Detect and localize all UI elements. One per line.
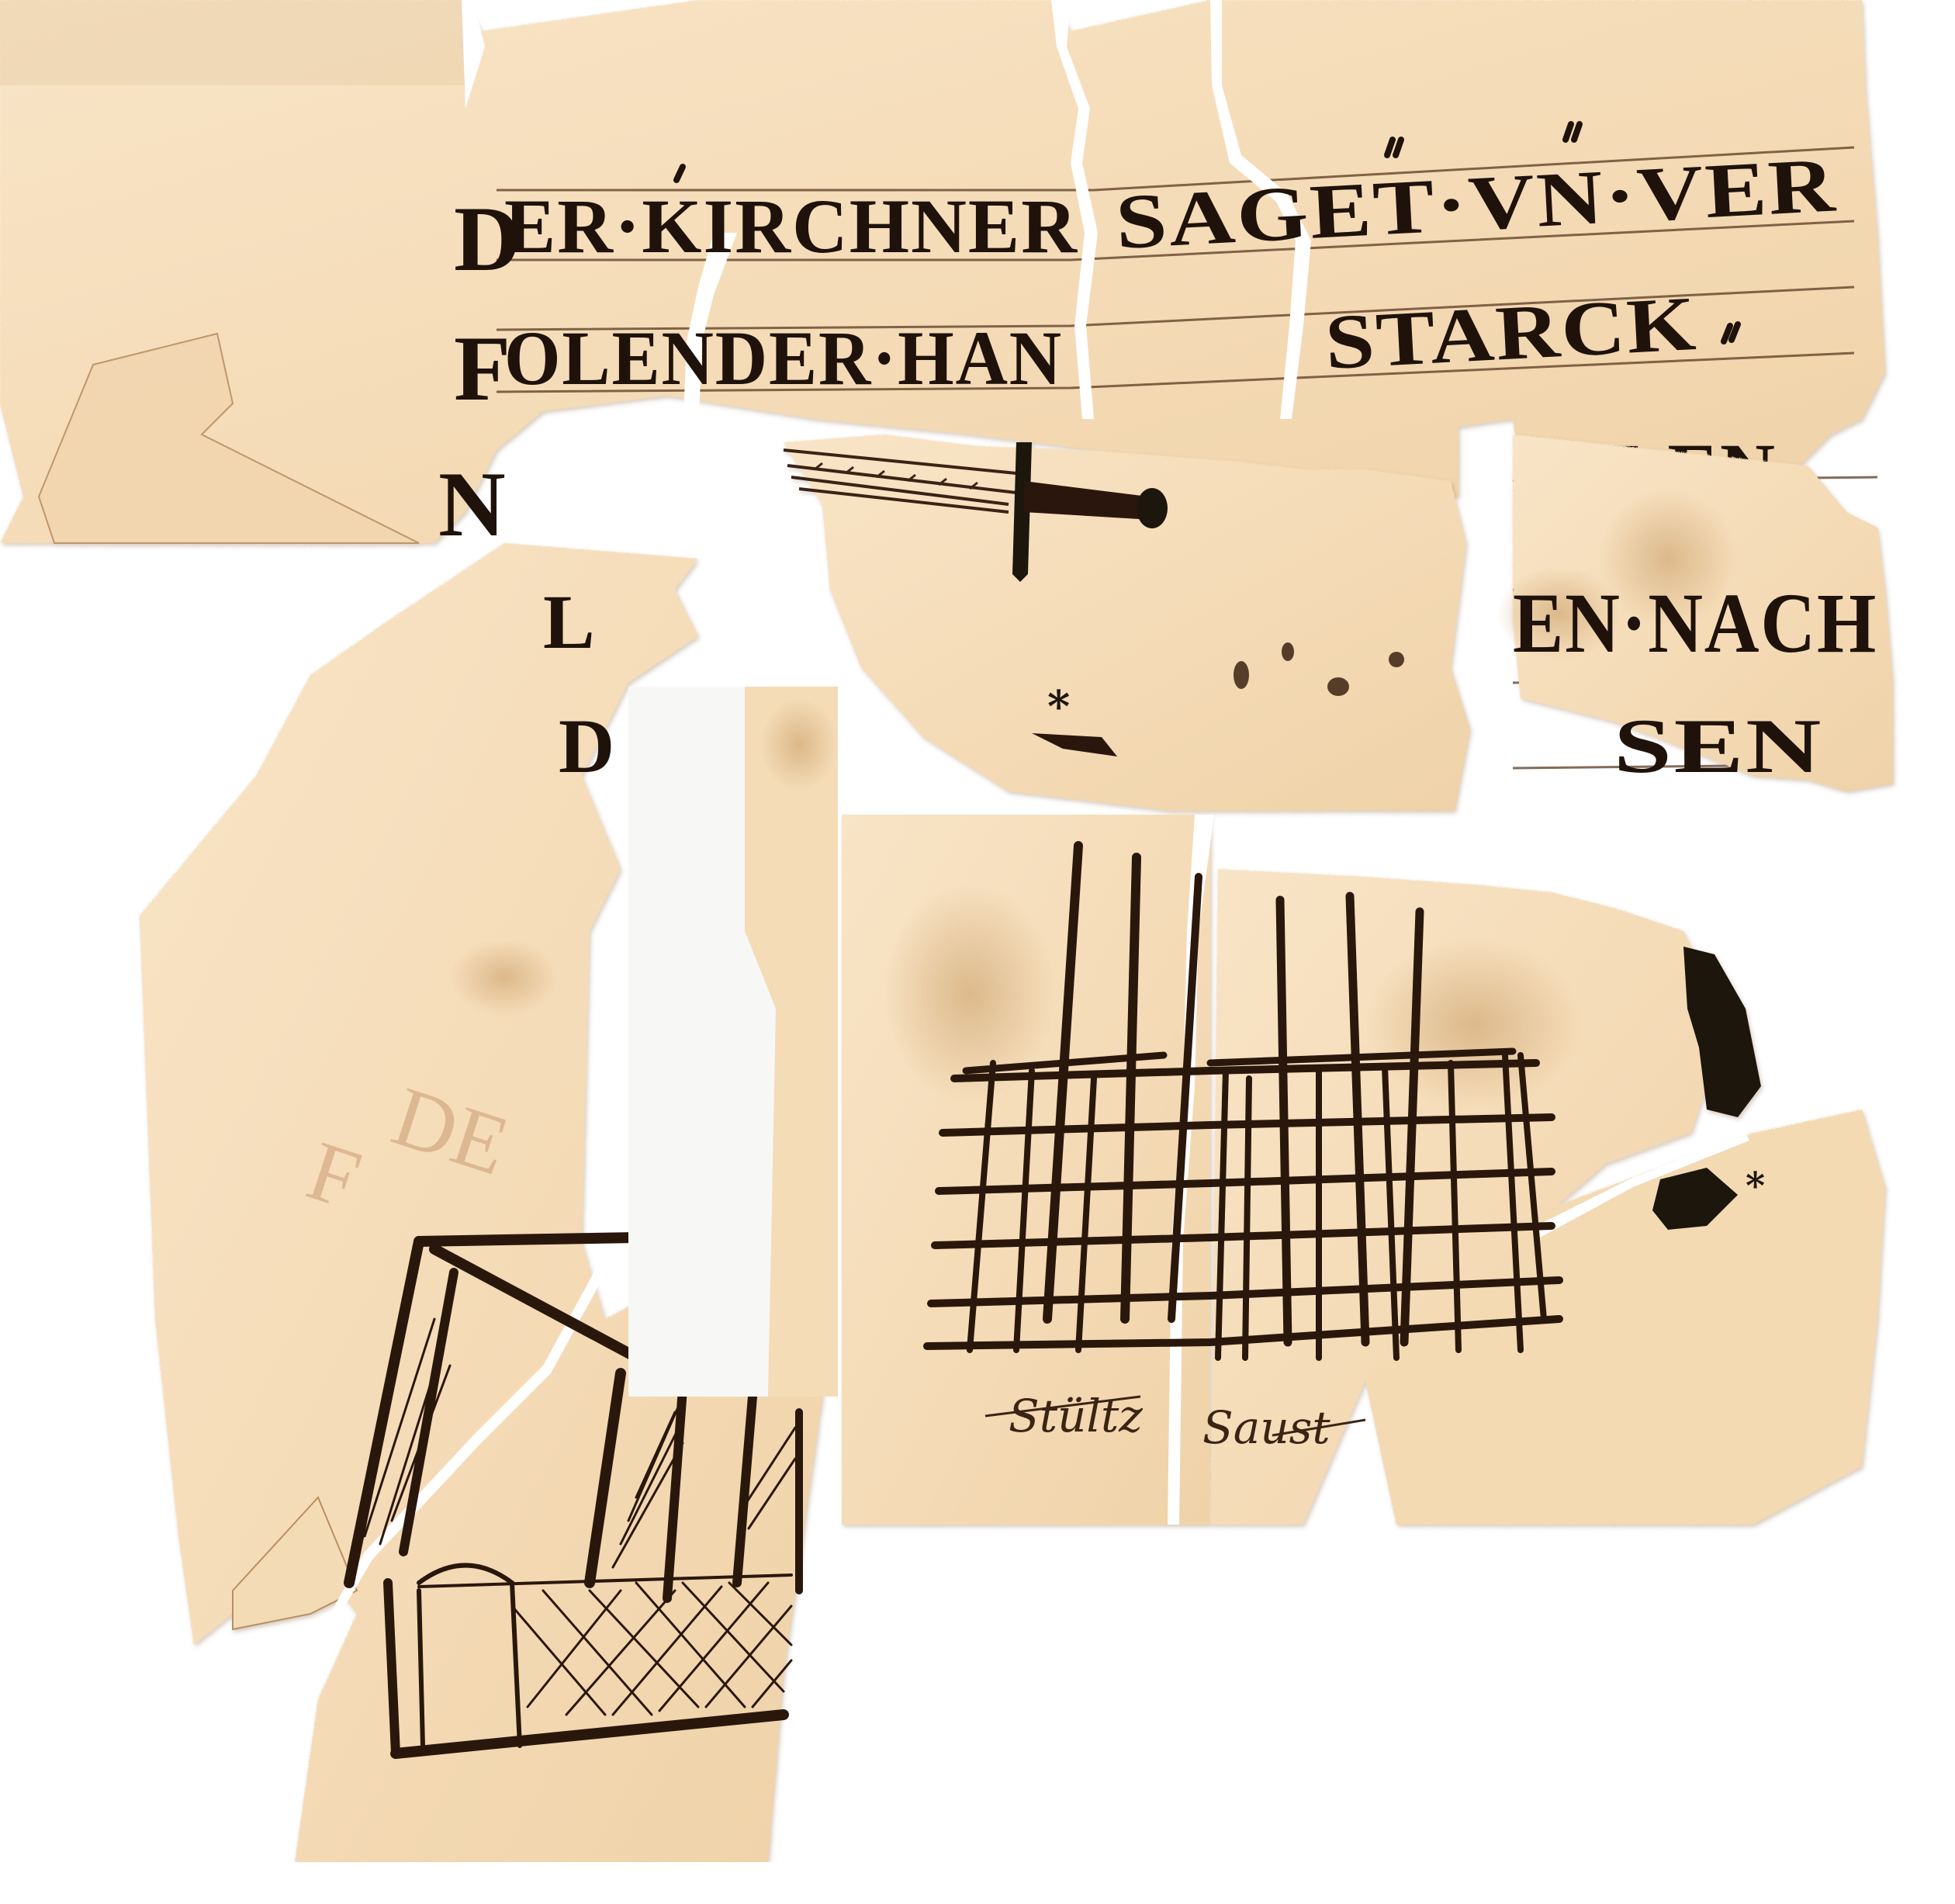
text-line-5: SEN: [1614, 703, 1823, 789]
svg-text:ER·KIRCHNER: ER·KIRCHNER: [504, 183, 1078, 269]
svg-text:D: D: [559, 703, 616, 789]
svg-text:SEN: SEN: [1614, 703, 1823, 789]
asterisk-mark-2: *: [1746, 1165, 1765, 1208]
sword-pommel: [1137, 488, 1168, 528]
svg-text:EN·NACH: EN·NACH: [1513, 576, 1877, 670]
sword-fragment: *: [784, 434, 1470, 811]
signature-left: Stültz: [1009, 1390, 1143, 1442]
signature-right: Saust: [1202, 1401, 1330, 1454]
svg-text:N: N: [438, 452, 507, 556]
svg-text:OLENDER·HAN: OLENDER·HAN: [504, 315, 1063, 401]
asterisk-mark-1: *: [1047, 681, 1070, 732]
manuscript-scan: D ER·KIRCHNER SAGET·VN·VER F OLENDER·HAN…: [0, 0, 1955, 1904]
svg-text:L: L: [543, 579, 597, 665]
manuscript-artwork: D ER·KIRCHNER SAGET·VN·VER F OLENDER·HAN…: [0, 0, 1955, 1904]
text-line-4: EN·NACH: [1513, 576, 1877, 670]
